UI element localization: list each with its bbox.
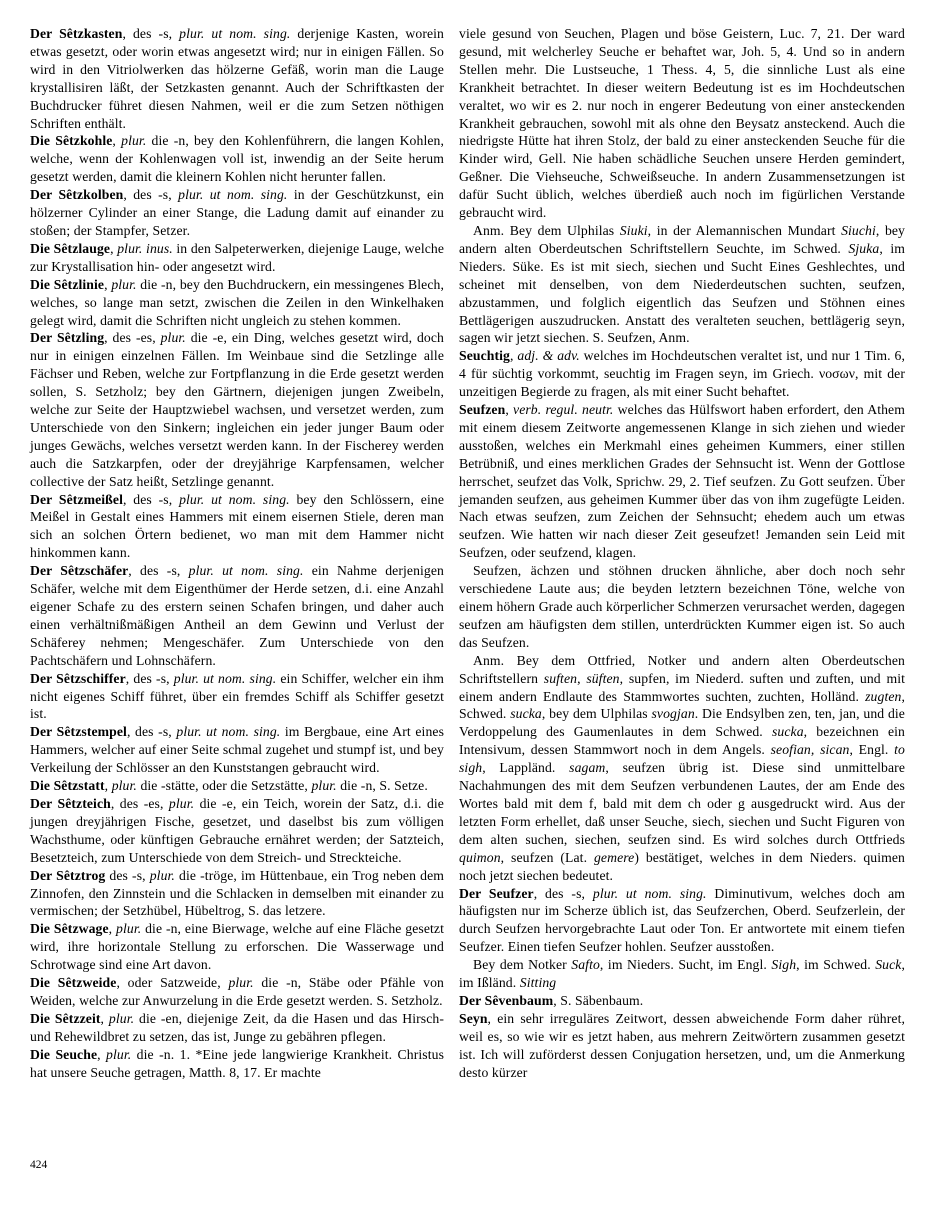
italic-term: plur.: [150, 868, 175, 883]
headword: Der Sêtzschäfer: [30, 563, 128, 578]
headword: Der Sêtzschiffer: [30, 671, 126, 686]
headword: Der Seufzer: [459, 886, 534, 901]
headword: Seuchtig: [459, 348, 510, 363]
headword: Der Sêtzteich: [30, 796, 111, 811]
text-run: , des -s,: [127, 724, 176, 739]
italic-term: plur.: [112, 778, 137, 793]
headword: Die Sêtzlinie: [30, 277, 104, 292]
text-run: , ein sehr irreguläres Zeitwort, dessen …: [459, 1011, 905, 1080]
text-run: , im Nieders. Süke. Es ist mit siech, si…: [459, 241, 905, 346]
text-run: , des -es,: [104, 330, 160, 345]
italic-term: Sitting: [520, 975, 556, 990]
italic-term: sagam: [569, 760, 605, 775]
italic-term: plur. ut nom. sing.: [189, 563, 304, 578]
anm-seufzen: Anm. Bey dem Ottfried, Notker und andern…: [459, 652, 905, 885]
text-run: viele gesund von Seuchen, Plagen und bös…: [459, 26, 905, 220]
headword: Der Sêtzmeißel: [30, 492, 123, 507]
italic-term: plur.: [116, 921, 141, 936]
text-columns: Der Sêtzkasten, des -s, plur. ut nom. si…: [30, 25, 905, 1081]
seufzer-etymology: Bey dem Notker Safto, im Nieders. Sucht,…: [459, 956, 905, 992]
italic-term: plur.: [161, 330, 186, 345]
headword: Seyn: [459, 1011, 488, 1026]
entry-setzschiffer: Der Sêtzschiffer, des -s, plur. ut nom. …: [30, 670, 444, 724]
entry-setzschaefer: Der Sêtzschäfer, des -s, plur. ut nom. s…: [30, 562, 444, 669]
headword: Die Seuche: [30, 1047, 97, 1062]
italic-term: plur. ut nom. sing.: [593, 886, 707, 901]
italic-term: suften: [544, 671, 577, 686]
headword: Die Sêtzwage: [30, 921, 109, 936]
entry-setzteich: Der Sêtzteich, des -es, plur. die -e, ei…: [30, 795, 444, 867]
entry-seufzer: Der Seufzer, des -s, plur. ut nom. sing.…: [459, 885, 905, 957]
entry-setzling: Der Sêtzling, des -es, plur. die -e, ein…: [30, 329, 444, 490]
text-run: , S. Säbenbaum.: [553, 993, 643, 1008]
italic-term: verb. regul. neutr.: [513, 402, 613, 417]
text-run: Seufzen, ächzen und stöhnen drucken ähnl…: [459, 563, 905, 650]
text-run: , im Nieders. Sucht, im Engl.: [600, 957, 771, 972]
text-run: , oder Satzweide,: [116, 975, 228, 990]
entry-setzkasten: Der Sêtzkasten, des -s, plur. ut nom. si…: [30, 25, 444, 132]
column-2: viele gesund von Seuchen, Plagen und bös…: [459, 25, 905, 1081]
entry-seuchtig: Seuchtig, adj. & adv. welches im Hochdeu…: [459, 347, 905, 401]
page-number: 424: [30, 1158, 50, 1172]
text-run: , des -s,: [122, 26, 179, 41]
italic-term: svogjan: [651, 706, 694, 721]
italic-term: plur. ut nom. sing.: [178, 187, 287, 202]
headword: Die Sêtzstatt: [30, 778, 105, 793]
text-run: des -s,: [105, 868, 149, 883]
text-run: , in der Alemannischen Mundart: [648, 223, 841, 238]
italic-term: zugten: [865, 689, 901, 704]
italic-term: süften: [586, 671, 619, 686]
entry-sevenbaum: Der Sêvenbaum, S. Säbenbaum.: [459, 992, 905, 1010]
text-run: , bey dem Ulphilas: [542, 706, 652, 721]
entry-setzmeissel: Der Sêtzmeißel, des -s, plur. ut nom. si…: [30, 491, 444, 563]
entry-setzzeit: Die Sêtzzeit, plur. die -en, diejenige Z…: [30, 1010, 444, 1046]
anm-seuche: Anm. Bey dem Ulphilas Siuki, in der Alem…: [459, 222, 905, 347]
column-1: Der Sêtzkasten, des -s, plur. ut nom. si…: [30, 25, 444, 1081]
italic-term: Safto: [571, 957, 600, 972]
italic-term: plur. inus.: [117, 241, 173, 256]
headword: Seufzen: [459, 402, 505, 417]
dictionary-page: Der Sêtzkasten, des -s, plur. ut nom. si…: [0, 0, 935, 1210]
text-run: Bey dem Notker: [473, 957, 571, 972]
headword: Der Sêtzling: [30, 330, 104, 345]
text-run: , des -es,: [111, 796, 169, 811]
italic-term: Siuchi: [841, 223, 876, 238]
italic-term: plur.: [228, 975, 253, 990]
italic-term: quimon: [459, 850, 501, 865]
text-run: ,: [577, 671, 586, 686]
italic-term: plur. ut nom. sing.: [174, 671, 277, 686]
text-run: , des -s,: [126, 671, 174, 686]
italic-term: plur.: [109, 1011, 134, 1026]
text-run: , im Schwed.: [796, 957, 875, 972]
entry-seuche: Die Seuche, plur. die -n. 1. *Eine jede …: [30, 1046, 444, 1082]
headword: Der Sêtzkasten: [30, 26, 122, 41]
text-run: , Engl.: [849, 742, 894, 757]
entry-setzstatt: Die Sêtzstatt, plur. die -stätte, oder d…: [30, 777, 444, 795]
entry-setzstempel: Der Sêtzstempel, des -s, plur. ut nom. s…: [30, 723, 444, 777]
italic-term: seofian, sican: [771, 742, 850, 757]
entry-setzwage: Die Sêtzwage, plur. die -n, eine Bierwag…: [30, 920, 444, 974]
headword: Der Sêtzkolben: [30, 187, 123, 202]
text-run: ein Nahme derjenigen Schäfer, welche mit…: [30, 563, 444, 668]
text-run: ,: [112, 133, 121, 148]
entry-setzlauge: Die Sêtzlauge, plur. inus. in den Salpet…: [30, 240, 444, 276]
italic-term: Sigh: [771, 957, 796, 972]
italic-term: plur.: [121, 133, 146, 148]
italic-term: plur.: [111, 277, 136, 292]
italic-term: Suck: [875, 957, 901, 972]
text-run: die -stätte, oder die Setzstätte,: [137, 778, 312, 793]
italic-term: plur.: [311, 778, 336, 793]
entry-setzkohle: Die Sêtzkohle, plur. die -n, bey den Koh…: [30, 132, 444, 186]
text-run: , des -s,: [128, 563, 188, 578]
seuche-continuation: viele gesund von Seuchen, Plagen und bös…: [459, 25, 905, 222]
text-run: , des -s,: [123, 187, 178, 202]
headword: Der Sêtztrog: [30, 868, 105, 883]
italic-term: gemere: [594, 850, 634, 865]
italic-term: Sjuka: [848, 241, 879, 256]
text-run: Anm. Bey dem Ulphilas: [473, 223, 620, 238]
text-run: ,: [109, 921, 116, 936]
italic-term: sucka: [772, 724, 804, 739]
text-run: ,: [505, 402, 513, 417]
italic-term: adj. & adv.: [517, 348, 579, 363]
text-run: die -n, S. Setze.: [337, 778, 428, 793]
text-run: welches das Hülfswort haben erfordert, d…: [459, 402, 905, 560]
italic-term: plur. ut nom. sing.: [179, 492, 290, 507]
text-run: , des -s,: [534, 886, 593, 901]
text-run: derjenige Kasten, worein etwas gesetzt, …: [30, 26, 444, 131]
headword: Der Sêtzstempel: [30, 724, 127, 739]
entry-setzlinie: Die Sêtzlinie, plur. die -n, bey den Buc…: [30, 276, 444, 330]
text-run: , Lappländ.: [482, 760, 569, 775]
text-run: die -e, ein Ding, welches gesetzt wird, …: [30, 330, 444, 488]
italic-term: plur. ut nom. sing.: [179, 26, 290, 41]
text-run: ,: [105, 778, 112, 793]
italic-term: plur.: [106, 1047, 131, 1062]
entry-seyn: Seyn, ein sehr irreguläres Zeitwort, des…: [459, 1010, 905, 1082]
entry-setzkolben: Der Sêtzkolben, des -s, plur. ut nom. si…: [30, 186, 444, 240]
entry-setzweide: Die Sêtzweide, oder Satzweide, plur. die…: [30, 974, 444, 1010]
headword: Die Sêtzweide: [30, 975, 116, 990]
text-run: , seufzen (Lat.: [501, 850, 594, 865]
entry-seufzen: Seufzen, verb. regul. neutr. welches das…: [459, 401, 905, 562]
headword: Der Sêvenbaum: [459, 993, 553, 1008]
entry-setztrog: Der Sêtztrog des -s, plur. die -tröge, i…: [30, 867, 444, 921]
headword: Die Sêtzkohle: [30, 133, 112, 148]
seufzen-synonyms: Seufzen, ächzen und stöhnen drucken ähnl…: [459, 562, 905, 652]
text-run: , des -s,: [123, 492, 179, 507]
headword: Die Sêtzlauge: [30, 241, 110, 256]
italic-term: sucka: [510, 706, 542, 721]
text-run: ,: [101, 1011, 109, 1026]
text-run: ,: [97, 1047, 106, 1062]
italic-term: plur. ut nom. sing.: [176, 724, 280, 739]
italic-term: plur.: [169, 796, 194, 811]
headword: Die Sêtzzeit: [30, 1011, 101, 1026]
italic-term: Siuki: [620, 223, 648, 238]
